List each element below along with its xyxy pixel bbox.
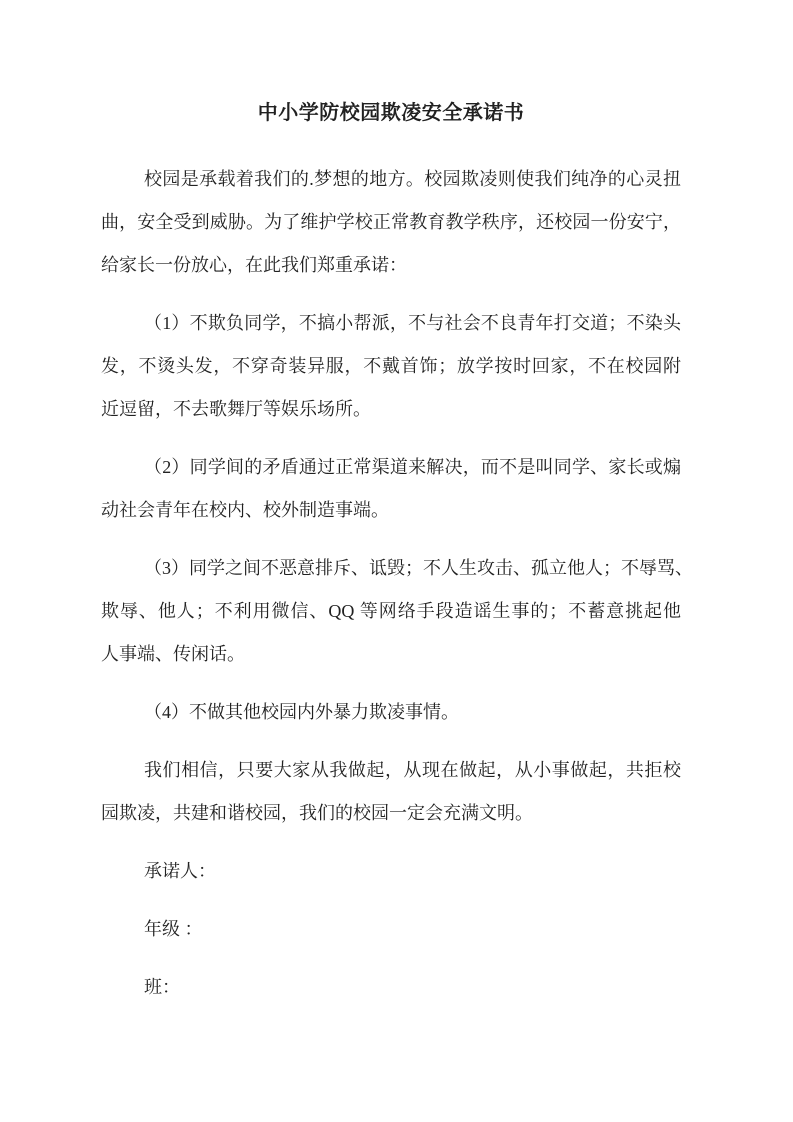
signature-line-class: 班： — [101, 966, 681, 1009]
commitment-item-3: （3）同学之间不恶意排斥、诋毁；不人生攻击、孤立他人；不辱骂、 欺辱、他人；不利… — [101, 547, 681, 676]
text-line: 校园是承载着我们的.梦想的地方。校园欺凌则使我们纯净的心灵扭 — [101, 158, 681, 201]
paragraph-closing: 我们相信，只要大家从我做起，从现在做起，从小事做起，共拒校 园欺凌，共建和谐校园… — [101, 749, 681, 835]
text-line: 欺辱、他人；不利用微信、QQ 等网络手段造谣生事的；不蓄意挑起他 — [101, 590, 681, 633]
signature-line-grade: 年级 ： — [101, 908, 681, 951]
text-line: 发，不烫头发，不穿奇装异服，不戴首饰；放学按时回家，不在校园附 — [101, 345, 681, 388]
document-title: 中小学防校园欺凌安全承诺书 — [101, 91, 681, 135]
commitment-item-4: （4）不做其他校园内外暴力欺凌事情。 — [101, 691, 681, 734]
text-line: 人事端、传闲话。 — [101, 633, 681, 676]
text-line: 近逗留，不去歌舞厅等娱乐场所。 — [101, 388, 681, 431]
text-line: 承诺人： — [101, 850, 681, 893]
text-line: （2）同学间的矛盾通过正常渠道来解决，而不是叫同学、家长或煽 — [101, 446, 681, 489]
text-line: 班： — [101, 966, 681, 1009]
document-page: 中小学防校园欺凌安全承诺书 校园是承载着我们的.梦想的地方。校园欺凌则使我们纯净… — [0, 0, 793, 1122]
text-line: 曲，安全受到威胁。为了维护学校正常教育教学秩序，还校园一份安宁， — [101, 201, 681, 244]
text-line: （3）同学之间不恶意排斥、诋毁；不人生攻击、孤立他人；不辱骂、 — [101, 547, 681, 590]
commitment-item-1: （1）不欺负同学，不搞小帮派，不与社会不良青年打交道；不染头 发，不烫头发，不穿… — [101, 302, 681, 431]
paragraph-intro: 校园是承载着我们的.梦想的地方。校园欺凌则使我们纯净的心灵扭 曲，安全受到威胁。… — [101, 158, 681, 287]
signature-line-promiser: 承诺人： — [101, 850, 681, 893]
text-line: （4）不做其他校园内外暴力欺凌事情。 — [101, 691, 681, 734]
text-line: 动社会青年在校内、校外制造事端。 — [101, 489, 681, 532]
text-line: 给家长一份放心，在此我们郑重承诺： — [101, 244, 681, 287]
text-line: 园欺凌，共建和谐校园，我们的校园一定会充满文明。 — [101, 792, 681, 835]
text-line: 我们相信，只要大家从我做起，从现在做起，从小事做起，共拒校 — [101, 749, 681, 792]
text-line: （1）不欺负同学，不搞小帮派，不与社会不良青年打交道；不染头 — [101, 302, 681, 345]
commitment-item-2: （2）同学间的矛盾通过正常渠道来解决，而不是叫同学、家长或煽 动社会青年在校内、… — [101, 446, 681, 532]
text-line: 年级 ： — [101, 908, 681, 951]
